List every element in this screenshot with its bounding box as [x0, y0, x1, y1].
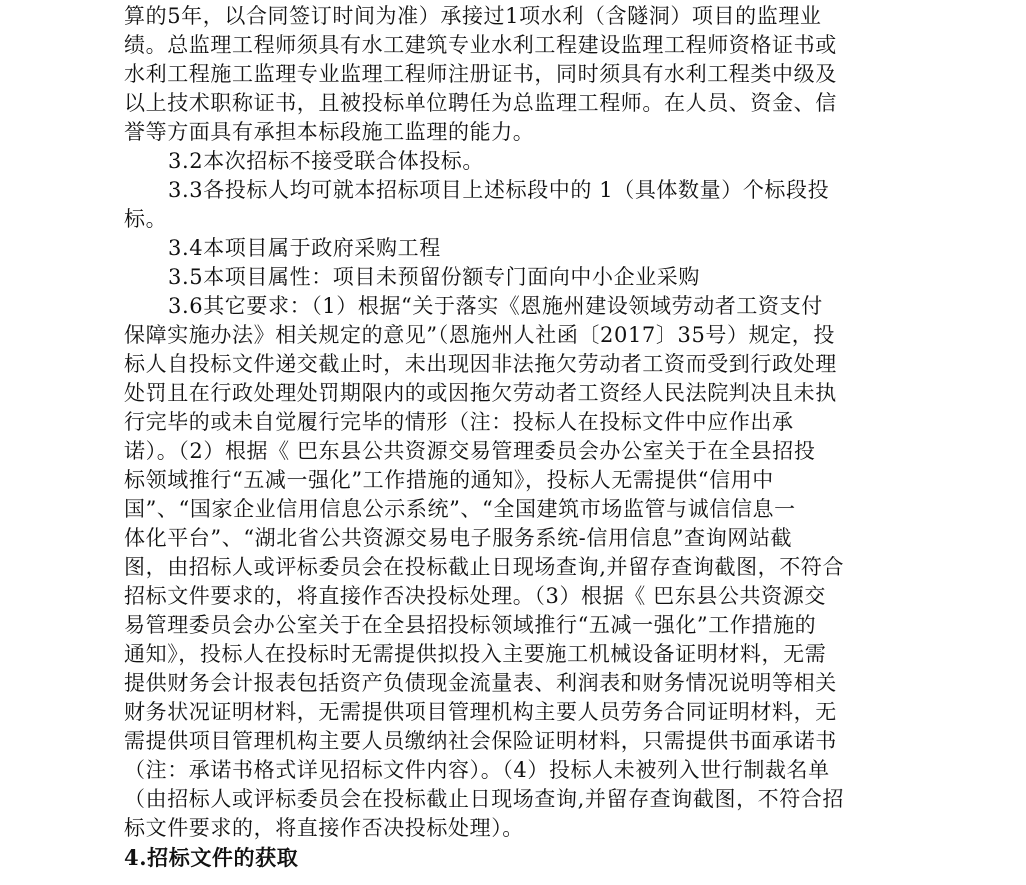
- text-line: 易管理委员会办公室关于在全县招投标领域推行“五减一强化”工作措施的: [124, 611, 924, 640]
- paragraph-3-1-continued: 算的5年，以合同签订时间为准）承接过1项水利（含隧洞）项目的监理业 绩。总监理工…: [124, 2, 924, 147]
- text-line: 3.4本项目属于政府采购工程: [124, 234, 924, 263]
- text-line: 3.6其它要求：（1）根据“关于落实《恩施州建设领域劳动者工资支付: [124, 292, 924, 321]
- text-line: 国”、“国家企业信用信息公示系统”、“全国建筑市场监管与诚信信息一: [124, 495, 924, 524]
- text-line: 招标文件要求的，将直接作否决投标处理。（3）根据《 巴东县公共资源交: [124, 582, 924, 611]
- paragraph-3-5: 3.5本项目属性：项目未预留份额专门面向中小企业采购: [124, 263, 924, 292]
- text-line: 体化平台”、“湖北省公共资源交易电子服务系统-信用信息”查询网站截: [124, 524, 924, 553]
- paragraph-3-3: 3.3各投标人均可就本招标项目上述标段中的 1（具体数量）个标段投 标。: [124, 176, 924, 234]
- document-page: 算的5年，以合同签订时间为准）承接过1项水利（含隧洞）项目的监理业 绩。总监理工…: [124, 2, 924, 872]
- text-line: 以上技术职称证书，且被投标单位聘任为总监理工程师。在人员、资金、信: [124, 89, 924, 118]
- section-heading: 4.招标文件的获取: [124, 843, 924, 872]
- text-line: 诺）。（2）根据《 巴东县公共资源交易管理委员会办公室关于在全县招投: [124, 437, 924, 466]
- text-line: 3.3各投标人均可就本招标项目上述标段中的 1（具体数量）个标段投: [124, 176, 924, 205]
- text-line: 行完毕的或未自觉履行完毕的情形（注：投标人在投标文件中应作出承: [124, 408, 924, 437]
- text-line: 算的5年，以合同签订时间为准）承接过1项水利（含隧洞）项目的监理业: [124, 2, 924, 31]
- text-line: （注：承诺书格式详见招标文件内容）。（4）投标人未被列入世行制裁名单: [124, 756, 924, 785]
- text-line: 绩。总监理工程师须具有水工建筑专业水利工程建设监理工程师资格证书或: [124, 31, 924, 60]
- text-line: 标人自投标文件递交截止时，未出现因非法拖欠劳动者工资而受到行政处理: [124, 350, 924, 379]
- text-line: 保障实施办法》相关规定的意见”（恩施州人社函〔2017〕35号）规定，投: [124, 321, 924, 350]
- text-line: 标文件要求的，将直接作否决投标处理）。: [124, 814, 924, 843]
- paragraph-3-4: 3.4本项目属于政府采购工程: [124, 234, 924, 263]
- text-line: 处罚且在行政处理处罚期限内的或因拖欠劳动者工资经人民法院判决且未执: [124, 379, 924, 408]
- text-line: 财务状况证明材料，无需提供项目管理机构主要人员劳务合同证明材料，无: [124, 698, 924, 727]
- text-line: 3.2本次招标不接受联合体投标。: [124, 147, 924, 176]
- text-line: 提供财务会计报表包括资产负债现金流量表、利润表和财务情况说明等相关: [124, 669, 924, 698]
- paragraph-3-6: 3.6其它要求：（1）根据“关于落实《恩施州建设领域劳动者工资支付 保障实施办法…: [124, 292, 924, 843]
- text-line: 标。: [124, 205, 924, 234]
- text-line: 需提供项目管理机构主要人员缴纳社会保险证明材料，只需提供书面承诺书: [124, 727, 924, 756]
- text-line: 誉等方面具有承担本标段施工监理的能力。: [124, 118, 924, 147]
- text-line: 标领域推行“五减一强化”工作措施的通知》，投标人无需提供“信用中: [124, 466, 924, 495]
- text-line: 通知》，投标人在投标时无需提供拟投入主要施工机械设备证明材料，无需: [124, 640, 924, 669]
- text-line: （由招标人或评标委员会在投标截止日现场查询,并留存查询截图，不符合招: [124, 785, 924, 814]
- text-line: 水利工程施工监理专业监理工程师注册证书，同时须具有水利工程类中级及: [124, 60, 924, 89]
- paragraph-3-2: 3.2本次招标不接受联合体投标。: [124, 147, 924, 176]
- text-line: 3.5本项目属性：项目未预留份额专门面向中小企业采购: [124, 263, 924, 292]
- text-line: 图，由招标人或评标委员会在投标截止日现场查询,并留存查询截图，不符合: [124, 553, 924, 582]
